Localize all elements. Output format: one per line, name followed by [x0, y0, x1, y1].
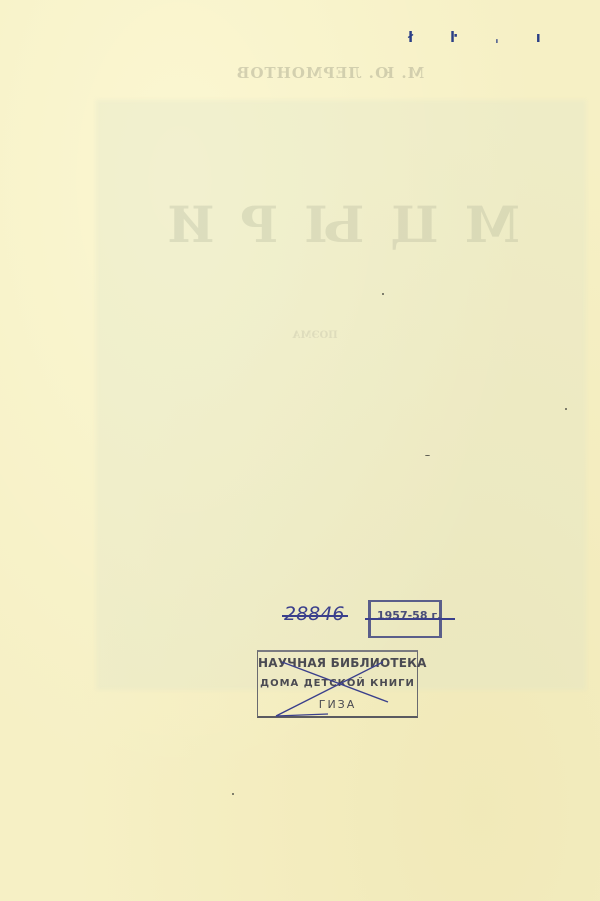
cross-out-mark: [258, 652, 419, 720]
library-stamp: НАУЧНАЯ БИБЛИОТЕКА ДОМА ДЕТСКОЙ КНИГИ ГИ…: [257, 650, 418, 718]
bleed-through-area: [96, 100, 586, 690]
ink-marks: ł ŀ ˌ ı: [408, 30, 557, 46]
bleed-through-author: М. Ю. ЛЕРМОНТОВ: [230, 64, 430, 82]
strikethrough-line: [365, 618, 455, 620]
inventory-number: 28846: [284, 603, 344, 625]
year-stamp-text: 1957-58 г.: [377, 609, 441, 622]
bleed-through-title: МЦЫРИ: [200, 195, 520, 254]
year-stamp: 1957-58 г.: [368, 600, 442, 638]
bleed-through-subtitle: ПОЭМА: [265, 330, 365, 341]
paper-speck: [232, 793, 234, 795]
paper-speck: [382, 293, 384, 295]
paper-speck: [425, 455, 430, 456]
paper-speck: [565, 408, 567, 410]
document-page: М. Ю. ЛЕРМОНТОВ МЦЫРИ ПОЭМА ł ŀ ˌ ı 2884…: [0, 0, 600, 901]
